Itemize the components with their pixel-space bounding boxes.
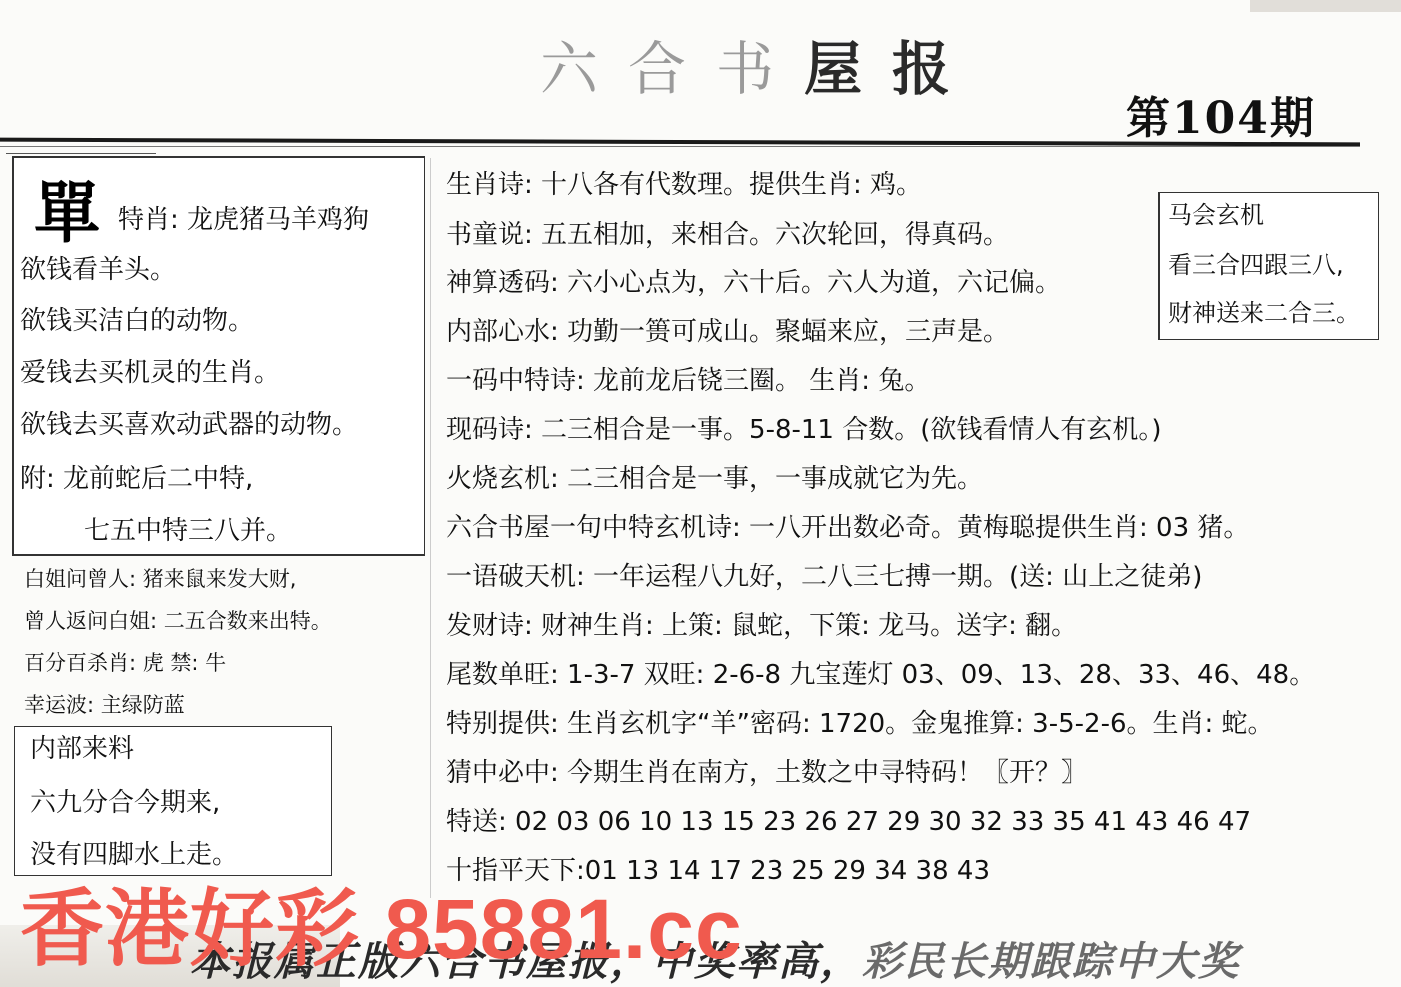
masthead-title: 六合书屋报 <box>540 22 980 106</box>
main-line-weishu: 尾数单旺: 1-3-7 双旺: 2-6-8 九宝莲灯 03、09、13、28、3… <box>446 660 1315 690</box>
scan-speckle <box>1250 0 1401 12</box>
main-line-tebie: 特别提供: 生肖玄机字“羊”密码: 1720。金鬼推算: 3-5-2-6。生肖:… <box>446 709 1274 739</box>
main-line-shutong: 书童说: 五五相加，来相合。六次轮回，得真码。 <box>446 220 1009 250</box>
main-line-shengxiao-poem: 生肖诗: 十八各有代数理。提供生肖: 鸡。 <box>446 170 922 200</box>
main-line-caizhong: 猜中必中: 今期生肖在南方，土数之中寻特码！〖开？〗 <box>446 758 1087 788</box>
left-box-line: 欲钱买洁白的动物。 <box>20 306 254 336</box>
masthead-title-light: 六合书 <box>540 35 804 103</box>
left-box-title-line: 特肖: 龙虎猪马羊鸡狗 <box>118 205 369 235</box>
right-box-line: 看三合四跟三八, <box>1168 250 1344 280</box>
main-line-liuhe-poem: 六合书屋一句中特玄机诗: 一八开出数必奇。黄梅聪提供生肖: 03 猪。 <box>446 513 1249 543</box>
right-box-title: 马会玄机 <box>1168 200 1264 230</box>
left-box-line: 欲钱看羊头。 <box>20 255 176 285</box>
left-note: 幸运波: 主绿防蓝 <box>24 692 185 718</box>
inner-box-line: 六九分合今期来, <box>30 788 220 818</box>
main-line-huoshao: 火烧玄机: 二三相合是一事，一事成就它为先。 <box>446 464 983 494</box>
right-box-line: 财神送来二合三。 <box>1168 298 1360 328</box>
main-line-yima: 一码中特诗: 龙前龙后铙三圈。 生肖: 兔。 <box>446 366 930 396</box>
main-line-tesong: 特送: 02 03 06 10 13 15 23 26 27 29 30 32 … <box>446 807 1251 837</box>
masthead-title-dark: 屋报 <box>804 35 980 103</box>
left-box-line: 欲钱去买喜欢动武器的动物。 <box>20 410 358 440</box>
left-box-line: 爱钱去买机灵的生肖。 <box>20 358 280 388</box>
main-line-yiyu: 一语破天机: 一年运程八九好，二八三七搏一期。(送: 山上之徒弟) <box>446 562 1202 592</box>
footer-slogan-part2: 彩民长期跟踪中大奖 <box>862 939 1240 985</box>
main-line-shensuan: 神算透码: 六小心点为，六十后。六人为道，六记偏。 <box>446 268 1061 298</box>
dan-character: 單 <box>34 160 100 255</box>
main-line-facai: 发财诗: 财神生肖: 上策: 鼠蛇，下策: 龙马。送字: 翻。 <box>446 611 1077 641</box>
left-note: 白姐问曾人: 猪来鼠来发大财, <box>24 566 296 592</box>
left-box-line: 七五中特三八并。 <box>84 516 292 546</box>
inner-box-title: 内部来料 <box>30 734 134 764</box>
issue-number: 第104期 <box>1126 82 1316 146</box>
column-divider <box>430 158 431 898</box>
header-rule-short <box>6 153 156 154</box>
left-note: 曾人返问白姐: 二五合数来出特。 <box>24 608 332 634</box>
main-line-xianma: 现码诗: 二三相合是一事。5-8-11 合数。(欲钱看情人有玄机。) <box>446 415 1162 445</box>
header-rule-thin <box>0 146 1360 147</box>
left-note: 百分百杀肖: 虎 禁: 牛 <box>24 650 226 676</box>
left-box-line: 附: 龙前蛇后二中特, <box>20 464 253 494</box>
main-line-neibu: 内部心水: 功勤一篑可成山。聚蝠来应，三声是。 <box>446 317 1009 347</box>
site-watermark: 香港好彩 85881.cc <box>20 862 743 983</box>
